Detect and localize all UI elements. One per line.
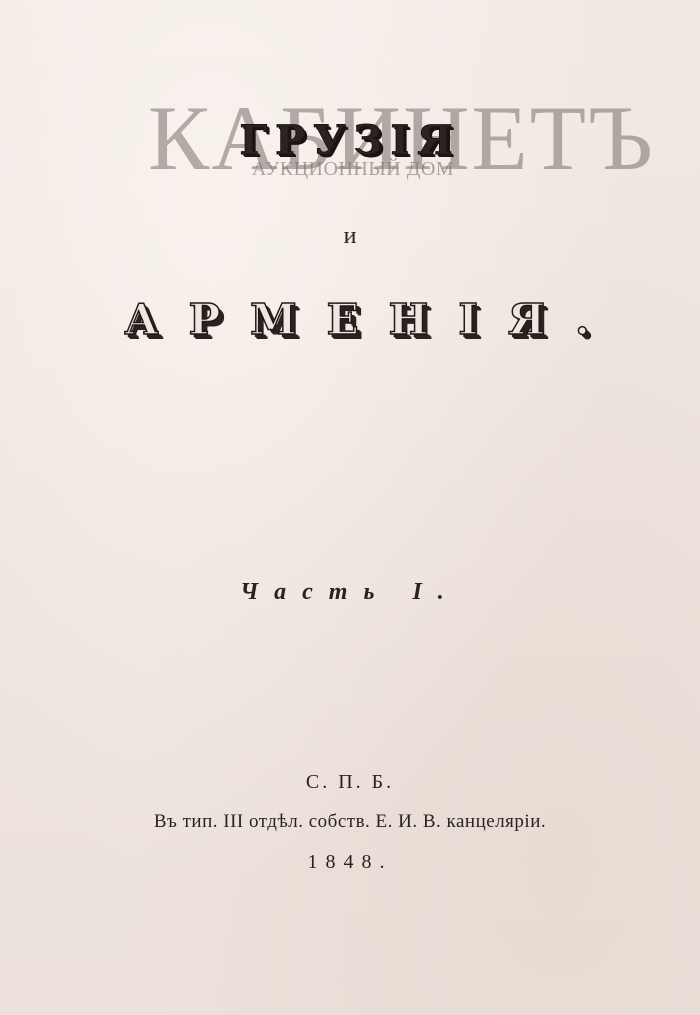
title-conjunction: и [0, 222, 700, 250]
imprint-year: 1848. [0, 850, 700, 874]
title-line-1: ГРУЗІЯ [0, 118, 700, 164]
title-line-2: АРМЕНІЯ. [0, 296, 700, 344]
imprint-city: С. П. Б. [0, 770, 700, 794]
imprint-press: Въ тип. III отдѣл. собств. Е. И. В. канц… [0, 810, 700, 834]
title-page: КАБИНЕТЪ АУКЦИОННЫЙ ДОМ ГРУЗІЯ и АРМЕНІЯ… [0, 0, 700, 1015]
part-number: Часть I. [0, 578, 700, 606]
